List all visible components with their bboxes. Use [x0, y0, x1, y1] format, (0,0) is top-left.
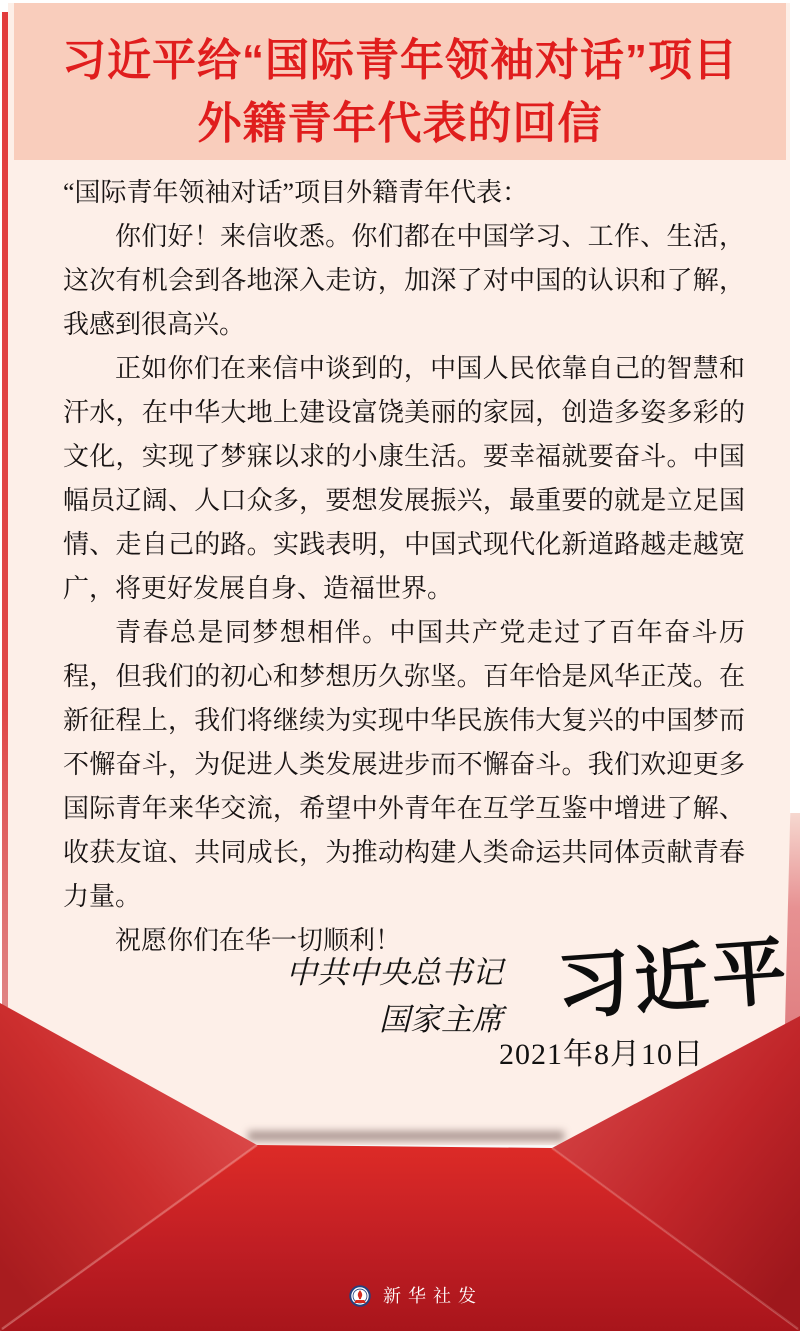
- credit-group: 新华社发: [349, 1285, 483, 1307]
- credit-text: 新华社发: [383, 1285, 483, 1307]
- xinhua-emblem-icon: [349, 1285, 371, 1307]
- letter-poster: 习近平给“国际青年领袖对话”项目 外籍青年代表的回信 “国际青年领袖对话”项目外…: [0, 0, 800, 1331]
- envelope-flaps: [0, 0, 800, 1331]
